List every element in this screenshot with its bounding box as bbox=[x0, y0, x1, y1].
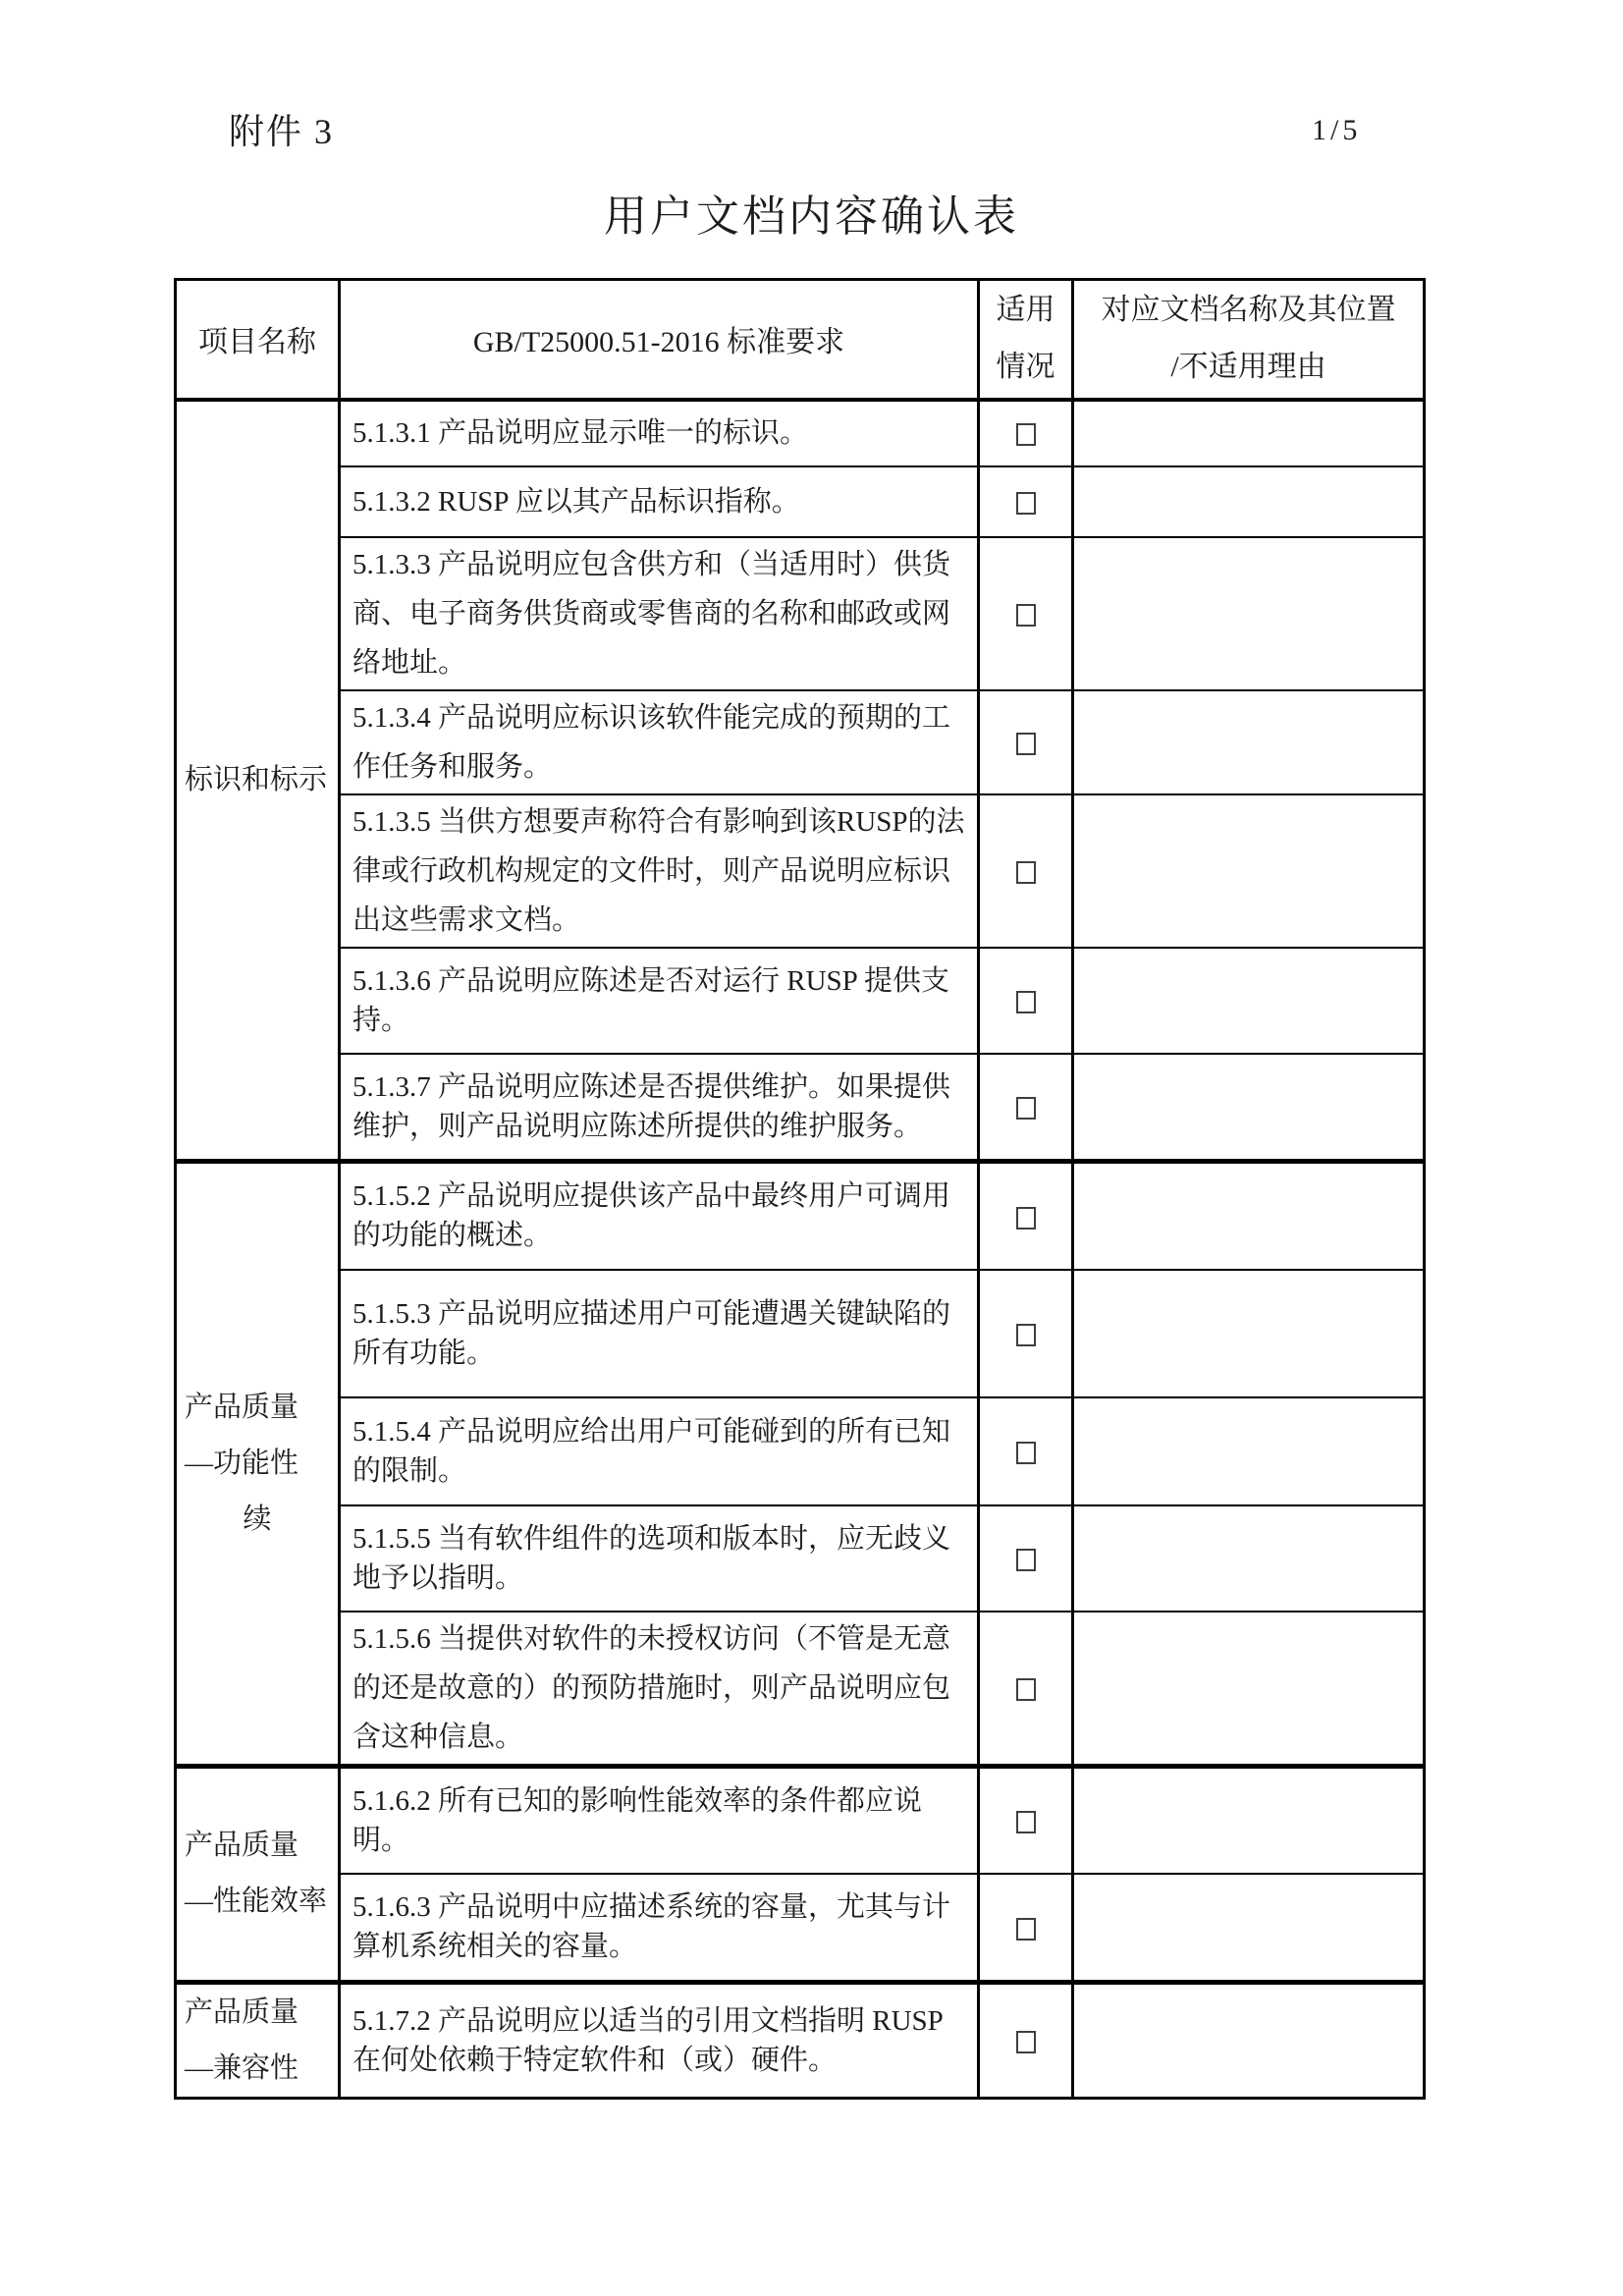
requirement-cell: 5.1.3.4 产品说明应标识该软件能完成的预期的工作任务和服务。 bbox=[340, 690, 979, 794]
applicability-checkbox[interactable] bbox=[1016, 991, 1036, 1013]
requirement-cell: 5.1.3.7 产品说明应陈述是否提供维护。如果提供维护，则产品说明应陈述所提供… bbox=[340, 1054, 979, 1162]
applicability-checkbox[interactable] bbox=[1016, 492, 1036, 515]
applicability-cell bbox=[979, 1270, 1073, 1397]
requirement-cell: 5.1.5.2 产品说明应提供该产品中最终用户可调用的功能的概述。 bbox=[340, 1162, 979, 1270]
table-header-row: 项目名称 GB/T25000.51-2016 标准要求 适用 情况 对应文档名称… bbox=[176, 280, 1425, 400]
requirement-cell: 5.1.5.3 产品说明应描述用户可能遭遇关键缺陷的所有功能。 bbox=[340, 1270, 979, 1397]
applicability-checkbox[interactable] bbox=[1016, 1811, 1036, 1833]
table-row: 5.1.3.5 当供方想要声称符合有影响到该RUSP的法律或行政机构规定的文件时… bbox=[176, 794, 1425, 948]
document-name-cell bbox=[1073, 400, 1425, 466]
header-item-name: 项目名称 bbox=[176, 280, 340, 400]
applicability-cell bbox=[979, 1612, 1073, 1767]
document-name-cell bbox=[1073, 1505, 1425, 1612]
table-row: 产品质量 —性能效率 5.1.6.2 所有已知的影响性能效率的条件都应说明。 bbox=[176, 1766, 1425, 1874]
table-row: 5.1.5.4 产品说明应给出用户可能碰到的所有已知的限制。 bbox=[176, 1397, 1425, 1505]
requirement-cell: 5.1.5.5 当有软件组件的选项和版本时，应无歧义地予以指明。 bbox=[340, 1505, 979, 1612]
applicability-checkbox[interactable] bbox=[1016, 1442, 1036, 1464]
table-row: 产品质量 —兼容性 5.1.7.2 产品说明应以适当的引用文档指明 RUSP 在… bbox=[176, 1982, 1425, 2098]
requirement-cell: 5.1.5.6 当提供对软件的未授权访问（不管是无意的还是故意的）的预防措施时，… bbox=[340, 1612, 979, 1767]
requirement-cell: 5.1.3.2 RUSP 应以其产品标识指称。 bbox=[340, 466, 979, 537]
requirement-cell: 5.1.3.6 产品说明应陈述是否对运行 RUSP 提供支持。 bbox=[340, 948, 979, 1054]
document-name-cell bbox=[1073, 466, 1425, 537]
applicability-cell bbox=[979, 1505, 1073, 1612]
confirmation-table: 项目名称 GB/T25000.51-2016 标准要求 适用 情况 对应文档名称… bbox=[174, 278, 1426, 2100]
page-title: 用户文档内容确认表 bbox=[0, 181, 1623, 244]
header-document-location: 对应文档名称及其位置 /不适用理由 bbox=[1073, 280, 1425, 400]
applicability-checkbox[interactable] bbox=[1016, 1549, 1036, 1571]
document-name-cell bbox=[1073, 1766, 1425, 1874]
applicability-checkbox[interactable] bbox=[1016, 733, 1036, 755]
table-row: 标识和标示 5.1.3.1 产品说明应显示唯一的标识。 bbox=[176, 400, 1425, 466]
header-applicability: 适用 情况 bbox=[979, 280, 1073, 400]
document-name-cell bbox=[1073, 537, 1425, 690]
applicability-checkbox[interactable] bbox=[1016, 1324, 1036, 1346]
table-row: 5.1.3.4 产品说明应标识该软件能完成的预期的工作任务和服务。 bbox=[176, 690, 1425, 794]
document-name-cell bbox=[1073, 794, 1425, 948]
attachment-label: 附件 3 bbox=[229, 104, 334, 154]
table-row: 5.1.5.6 当提供对软件的未授权访问（不管是无意的还是故意的）的预防措施时，… bbox=[176, 1612, 1425, 1767]
applicability-checkbox[interactable] bbox=[1016, 2031, 1036, 2053]
applicability-checkbox[interactable] bbox=[1016, 861, 1036, 884]
table-row: 产品质量 —功能性 续 5.1.5.2 产品说明应提供该产品中最终用户可调用的功… bbox=[176, 1162, 1425, 1270]
table-row: 5.1.3.6 产品说明应陈述是否对运行 RUSP 提供支持。 bbox=[176, 948, 1425, 1054]
applicability-cell bbox=[979, 948, 1073, 1054]
table-row: 5.1.3.2 RUSP 应以其产品标识指称。 bbox=[176, 466, 1425, 537]
document-name-cell bbox=[1073, 1612, 1425, 1767]
applicability-cell bbox=[979, 1874, 1073, 1982]
applicability-cell bbox=[979, 1054, 1073, 1162]
requirement-cell: 5.1.6.2 所有已知的影响性能效率的条件都应说明。 bbox=[340, 1766, 979, 1874]
document-name-cell bbox=[1073, 1162, 1425, 1270]
document-name-cell bbox=[1073, 1397, 1425, 1505]
applicability-cell bbox=[979, 537, 1073, 690]
requirement-cell: 5.1.3.5 当供方想要声称符合有影响到该RUSP的法律或行政机构规定的文件时… bbox=[340, 794, 979, 948]
group-label-compatibility: 产品质量 —兼容性 bbox=[176, 1982, 340, 2098]
document-name-cell bbox=[1073, 1982, 1425, 2098]
document-name-cell bbox=[1073, 1270, 1425, 1397]
requirement-cell: 5.1.6.3 产品说明中应描述系统的容量，尤其与计算机系统相关的容量。 bbox=[340, 1874, 979, 1982]
requirement-cell: 5.1.3.3 产品说明应包含供方和（当适用时）供货商、电子商务供货商或零售商的… bbox=[340, 537, 979, 690]
applicability-cell bbox=[979, 400, 1073, 466]
document-name-cell bbox=[1073, 1874, 1425, 1982]
applicability-cell bbox=[979, 1397, 1073, 1505]
document-name-cell bbox=[1073, 690, 1425, 794]
table-row: 5.1.3.3 产品说明应包含供方和（当适用时）供货商、电子商务供货商或零售商的… bbox=[176, 537, 1425, 690]
applicability-checkbox[interactable] bbox=[1016, 423, 1036, 446]
group-label-identification: 标识和标示 bbox=[176, 400, 340, 1162]
applicability-cell bbox=[979, 466, 1073, 537]
table-row: 5.1.3.7 产品说明应陈述是否提供维护。如果提供维护，则产品说明应陈述所提供… bbox=[176, 1054, 1425, 1162]
group-label-performance: 产品质量 —性能效率 bbox=[176, 1766, 340, 1982]
document-page: 附件 3 1/5 用户文档内容确认表 项目名称 GB/T25000.51-201… bbox=[0, 0, 1623, 2296]
applicability-cell bbox=[979, 1162, 1073, 1270]
header-standard-requirement: GB/T25000.51-2016 标准要求 bbox=[340, 280, 979, 400]
requirement-cell: 5.1.3.1 产品说明应显示唯一的标识。 bbox=[340, 400, 979, 466]
table-row: 5.1.5.3 产品说明应描述用户可能遭遇关键缺陷的所有功能。 bbox=[176, 1270, 1425, 1397]
document-name-cell bbox=[1073, 1054, 1425, 1162]
applicability-cell bbox=[979, 1982, 1073, 2098]
applicability-checkbox[interactable] bbox=[1016, 1097, 1036, 1120]
table-row: 5.1.6.3 产品说明中应描述系统的容量，尤其与计算机系统相关的容量。 bbox=[176, 1874, 1425, 1982]
table-row: 5.1.5.5 当有软件组件的选项和版本时，应无歧义地予以指明。 bbox=[176, 1505, 1425, 1612]
document-name-cell bbox=[1073, 948, 1425, 1054]
applicability-cell bbox=[979, 794, 1073, 948]
applicability-checkbox[interactable] bbox=[1016, 1678, 1036, 1701]
applicability-cell bbox=[979, 690, 1073, 794]
applicability-checkbox[interactable] bbox=[1016, 604, 1036, 627]
group-label-functionality: 产品质量 —功能性 续 bbox=[176, 1162, 340, 1767]
requirement-cell: 5.1.7.2 产品说明应以适当的引用文档指明 RUSP 在何处依赖于特定软件和… bbox=[340, 1982, 979, 2098]
applicability-cell bbox=[979, 1766, 1073, 1874]
page-number: 1/5 bbox=[1312, 114, 1361, 147]
applicability-checkbox[interactable] bbox=[1016, 1918, 1036, 1941]
requirement-cell: 5.1.5.4 产品说明应给出用户可能碰到的所有已知的限制。 bbox=[340, 1397, 979, 1505]
applicability-checkbox[interactable] bbox=[1016, 1207, 1036, 1230]
